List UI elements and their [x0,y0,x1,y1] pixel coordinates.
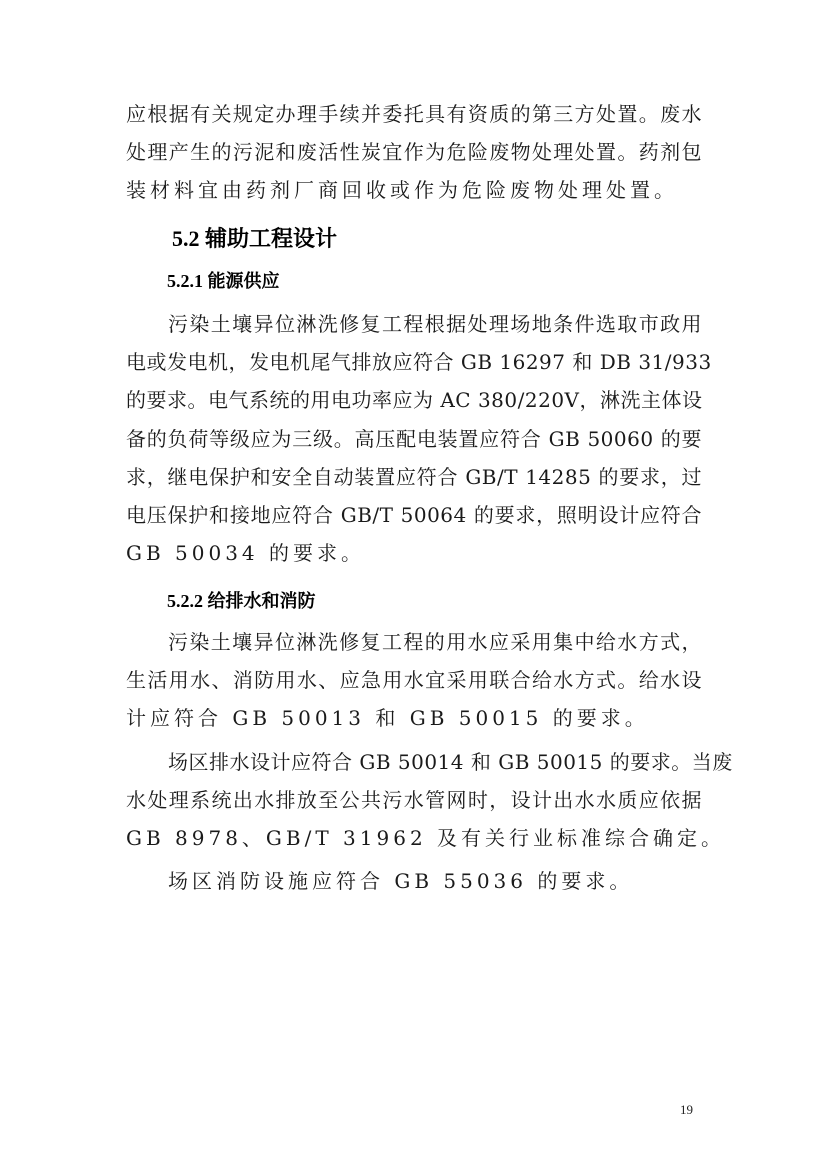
document-page: 应根据有关规定办理手续并委托具有资质的第三方处置。废水 处理产生的污泥和废活性炭… [0,0,826,1169]
text-line: 污染土壤异位淋洗修复工程的用水应采用集中给水方式， [168,629,702,655]
subsection-heading-5-2-1: 5.2.1 能源供应 [167,269,280,293]
text-line: 计应符合 GB 50013 和 GB 50015 的要求。 [126,705,702,731]
text-line: 装材料宜由药剂厂商回收或作为危险废物处理处置。 [126,177,702,203]
text-line: 电或发电机，发电机尾气排放应符合 GB 16297 和 DB 31/933 [126,349,702,375]
text-line: GB 50034 的要求。 [126,540,702,566]
text-line: GB 8978、GB/T 31962 及有关行业标准综合确定。 [126,825,702,851]
subsection-heading-5-2-2: 5.2.2 给排水和消防 [167,589,316,613]
text-line: 污染土壤异位淋洗修复工程根据处理场地条件选取市政用 [168,311,702,337]
text-line: 求，继电保护和安全自动装置应符合 GB/T 14285 的要求，过 [126,464,702,490]
text-line: 应根据有关规定办理手续并委托具有资质的第三方处置。废水 [126,101,702,127]
text-line: 水处理系统出水排放至公共污水管网时，设计出水水质应依据 [126,787,702,813]
text-line: 场区消防设施应符合 GB 55036 的要求。 [168,868,702,894]
text-line: 生活用水、消防用水、应急用水宜采用联合给水方式。给水设 [126,667,702,693]
text-line: 的要求。电气系统的用电功率应为 AC 380/220V，淋洗主体设 [126,387,702,413]
text-line: 处理产生的污泥和废活性炭宜作为危险废物处理处置。药剂包 [126,139,702,165]
page-number: 19 [680,1102,693,1118]
section-heading-5-2: 5.2 辅助工程设计 [172,225,337,253]
text-line: 电压保护和接地应符合 GB/T 50064 的要求，照明设计应符合 [126,502,702,528]
text-line: 备的负荷等级应为三级。高压配电装置应符合 GB 50060 的要 [126,426,702,452]
text-line: 场区排水设计应符合 GB 50014 和 GB 50015 的要求。当废 [168,749,702,775]
